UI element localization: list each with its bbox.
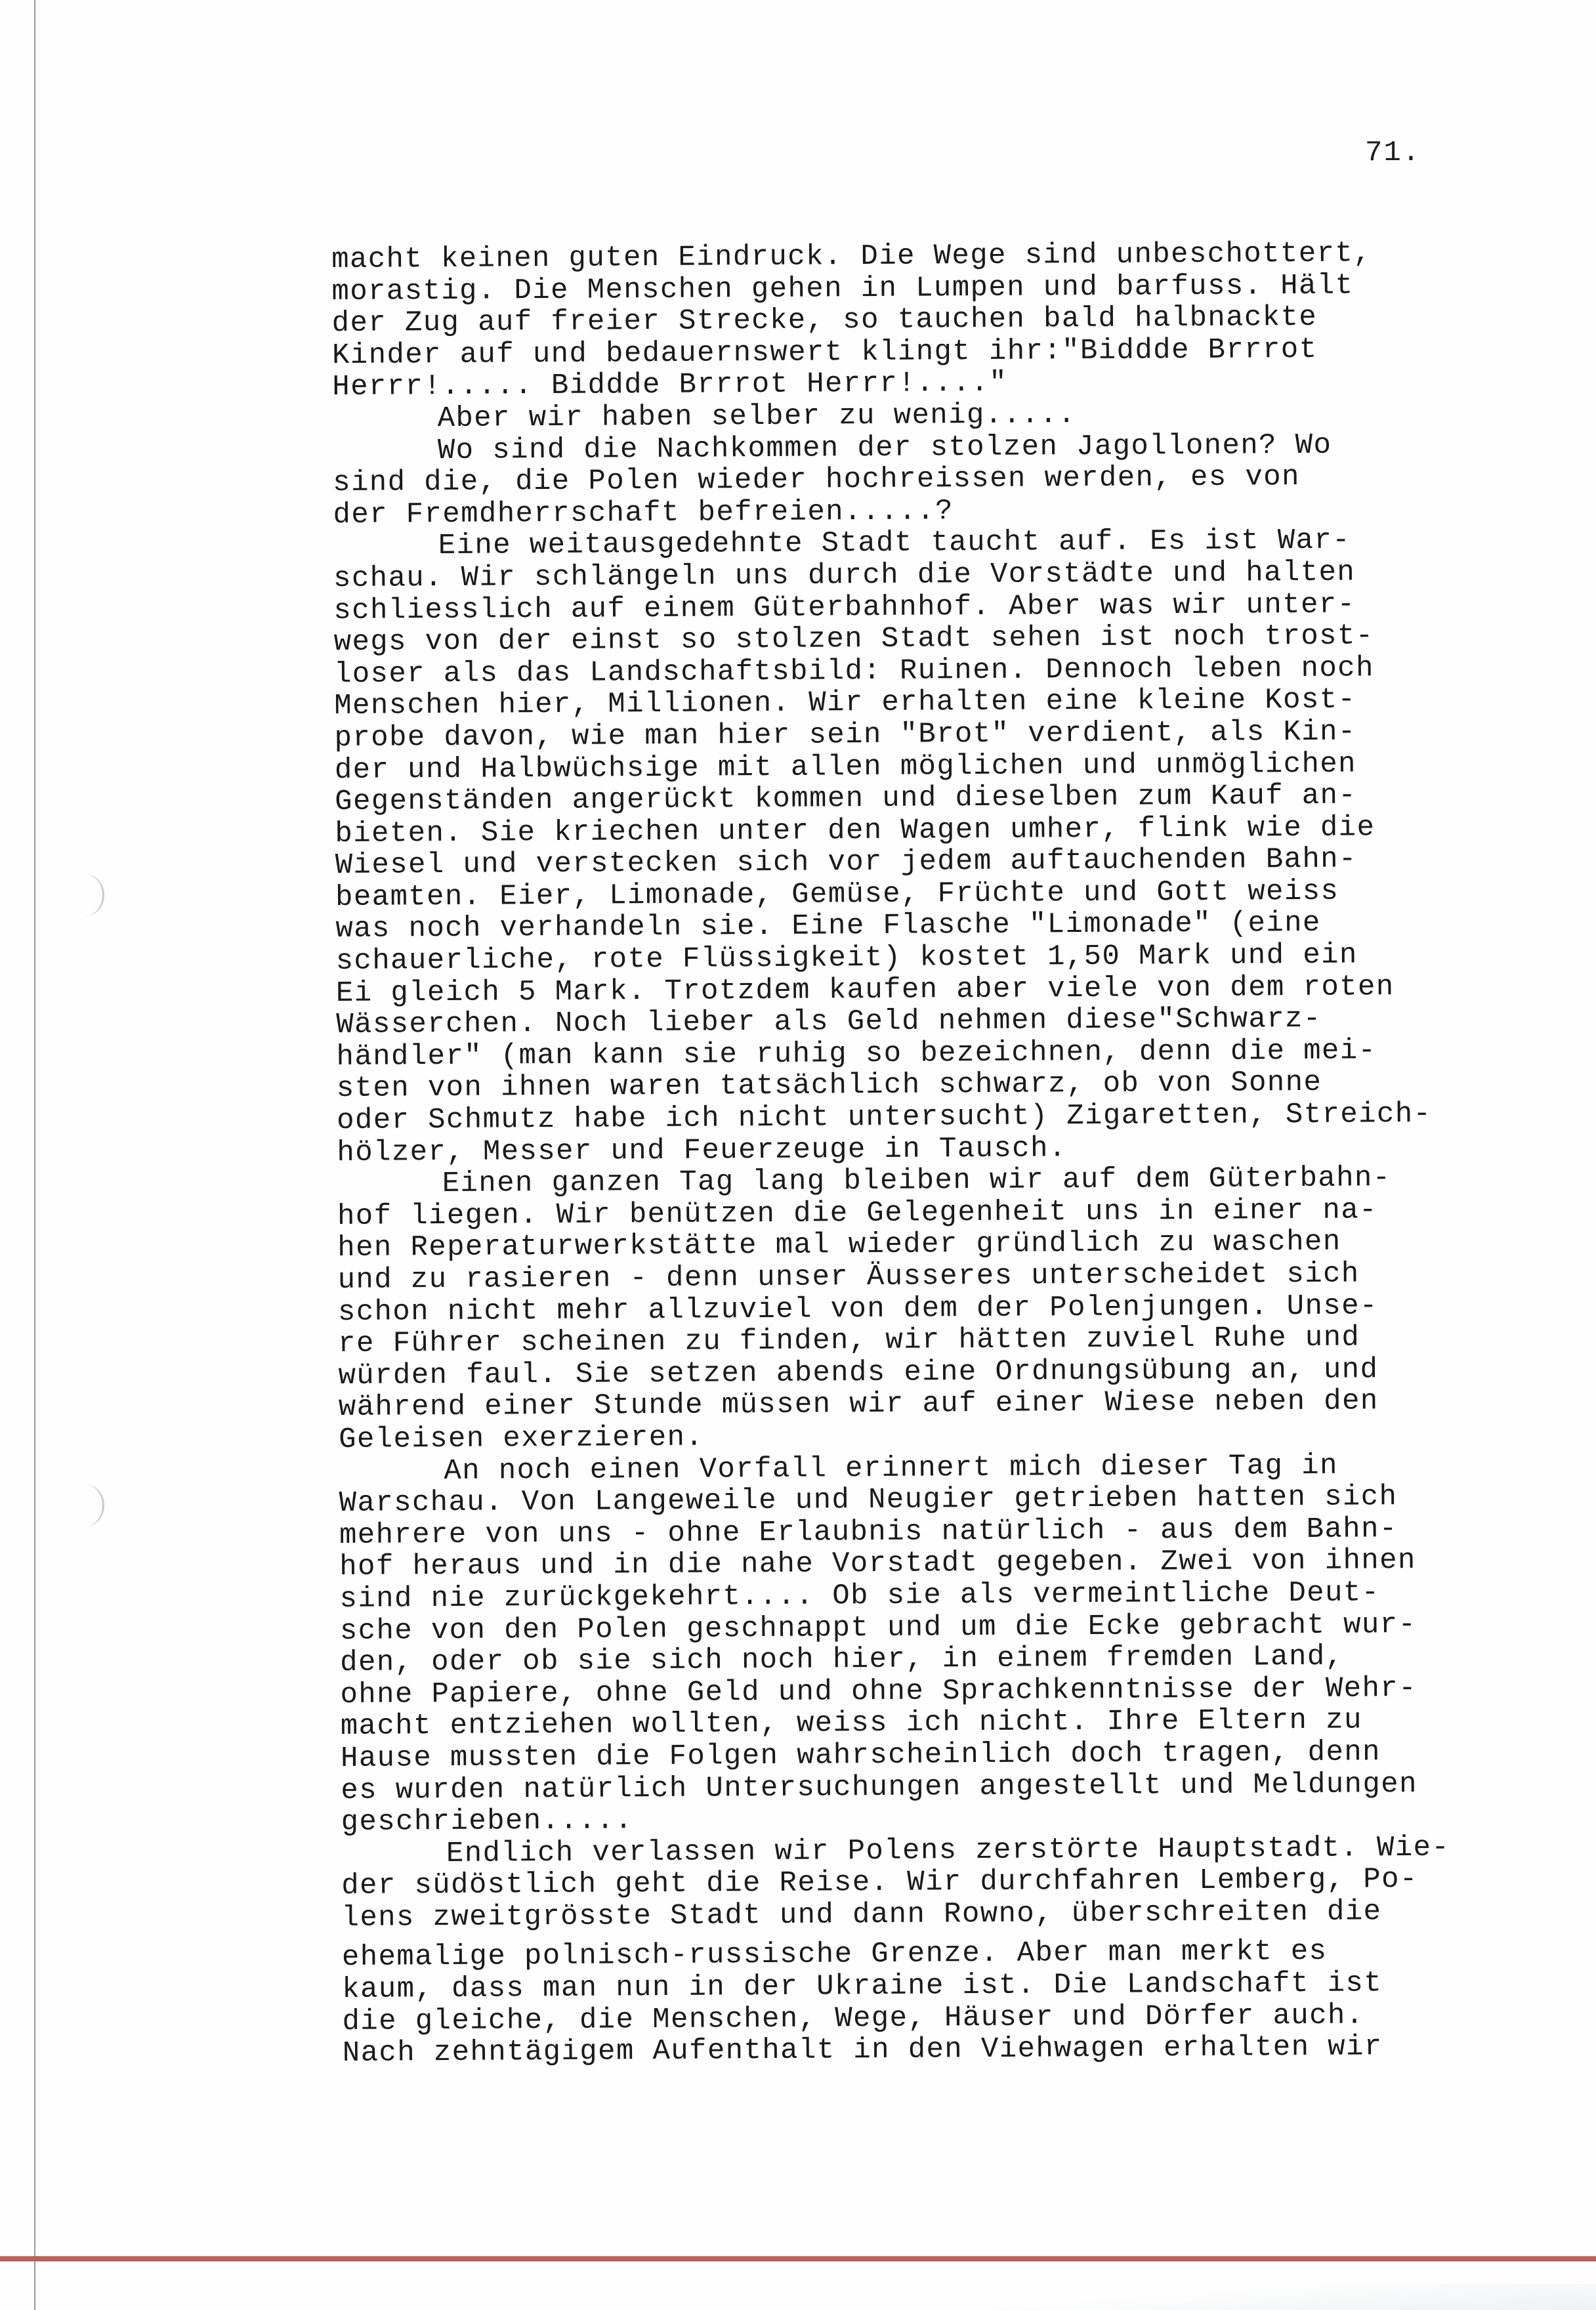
- scanned-page: 71. macht keinen guten Eindruck. Die Weg…: [0, 0, 1596, 2310]
- text-line: lens zweitgrösste Stadt und dann Rowno, …: [341, 1895, 1536, 1935]
- binder-edge-line: [34, 0, 35, 2310]
- typewritten-body: macht keinen guten Eindruck. Die Wege si…: [331, 237, 1537, 2070]
- scan-shadow-edge: [853, 2284, 1596, 2310]
- bottom-red-rule: [0, 2256, 1596, 2261]
- punch-hole-upper: [66, 874, 104, 916]
- punch-hole-lower: [66, 1484, 104, 1526]
- page-number: 71.: [1365, 136, 1421, 169]
- text-line: Nach zehntägigem Aufenthalt in den Viehw…: [343, 2030, 1537, 2070]
